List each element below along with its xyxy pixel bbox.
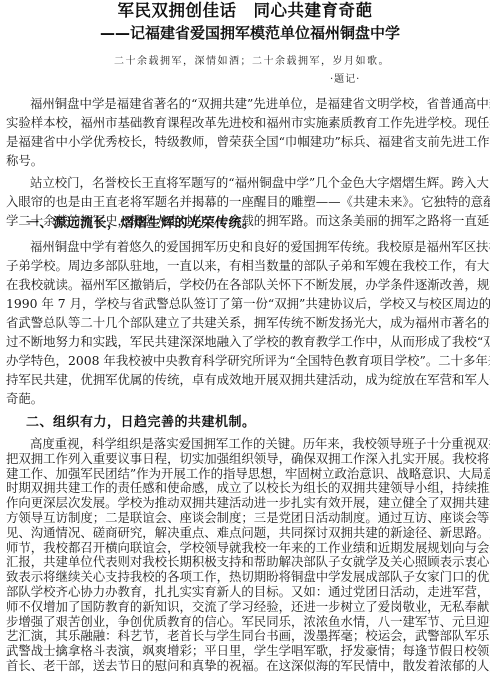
paragraph-4-line: 步增强了艰苦创业，争创优质教育的信心。军民同乐，浓浓鱼水情，八一建军节、元旦迎新… [6,614,486,630]
paragraph-4-line: 把双拥工作列入重要议事日程，切实加强组织领导，确保双拥工作深入扎实开展。我校将“… [6,451,486,467]
paragraph-4-line: 高度重视，科学组织是落实爱国拥军工作的关键。历年来，我校领导班子十分重视双拥工作… [30,436,486,452]
article-title: 军民双拥创佳话 同心共建育奇葩 [0,1,490,21]
paragraph-4-line: 师节，我校都召开横向联谊会，学校领导就我校一年来的工作业绩和近期发展规划向与会代… [6,540,486,556]
paragraph-4-line: 首长、老干部，送去节日的慰问和真挚的祝福。在这深似海的军民情中，散发着浓郁的人文… [6,658,486,674]
paragraph-4-line: 作向更深层次发展。学校为推动双拥共建活动进一步扎实有效开展，建立健全了双拥共建机… [6,495,486,511]
paragraph-3-line: 过不断地努力和实践，军民共建深深地融入了学校的教育教学工作中，从而形成了我校“双… [6,332,486,351]
paragraph-4-line: 见、沟通情况、磋商研究，解决重点、难点问题，共同探讨双拥共建的新途径、新思路。如… [6,525,486,541]
paragraph-2-line: 站立校门，名誉校长王直将军题写的“福州铜盘中学”几个金色大字熠熠生辉。跨入大门，… [30,173,486,192]
section-1-heading: 一、源远流长，熠熠生辉的光荣传统。 [26,214,256,233]
paragraph-3-line: 办学特色，2008 年我校被中央教育科学研究所评为“全国特色教育项目学校”。二十… [6,351,486,370]
paragraph-1-line: 是福建省中小学优秀校长，特级教师，曾荣获全国“巾帼建功”标兵、福建省支前先进工作… [6,132,486,151]
paragraph-4-line: 部队学校齐心协力办教育，扎扎实实育新人的目标。又如：通过党团日活动，走进军营，党… [6,584,486,600]
paragraph-4-line: 武警战士擒拿格斗表演，飒爽增彩；平日里，学生学唱军歌，抒发豪情；每逢节假日校领导… [6,643,486,659]
paragraph-4-line: 师不仅增加了国防教育的新知识，交流了学习经验，还进一步树立了爱岗敬业，无私奉献的… [6,599,486,615]
paragraph-1-line: 称号。 [6,151,43,170]
paragraph-4-line: 方领导互访制度；二是联谊会、座谈会制度；三是党团日活动制度。通过互访、座谈会等，… [6,510,486,526]
paragraph-3-line: 子弟学校。周边多部队驻地，一直以来，有相当数量的部队子弟和军嫂在我校工作，有大量… [6,256,486,275]
section-2-heading: 二、组织有力，日趋完善的共建机制。 [26,413,256,432]
paragraph-3-line: 持军民共建，优拥军优属的传统，卓有成效地开展双拥共建活动，成为绽放在军营和军人们… [6,370,486,389]
paragraph-4-line: 建工作、加强军民团结”作为开展工作的指导思想，牢固树立政治意识、战略意识、大局意… [6,466,486,482]
paragraph-1-line: 福州铜盘中学是福建省著名的“双拥共建”先进单位，是福建省文明学校，省普通高中新课… [30,94,486,113]
paragraph-3-line: 省武警总队等二十几个部队建立了共建关系，拥军传统不断发扬光大，成为福州市著名的拥… [6,313,486,332]
document-page: 军民双拥创佳话 同心共建育奇葩 ——记福建省爱国拥军模范单位福州铜盘中学 二十余… [0,0,490,675]
paragraph-3-line: 奇葩。 [6,389,43,408]
paragraph-1-line: 实验样本校，福州市基础教育课程改革先进校和福州市实施素质教育工作先进学校。现任校… [6,113,486,132]
epigraph: 二十余载拥军，深情如酒；二十余载拥军，岁月如歌。 [0,54,490,70]
paragraph-4-line: 时期双拥共建工作的责任感和使命感，成立了以校长为组长的双拥共建领导小组，持续推进… [6,480,486,496]
paragraph-4-line: 致表示将继续关心支持我校的各项工作，热切期盼将铜盘中学发展成部队子女家门口的优质… [6,569,486,585]
paragraph-4-line: 艺汇演，其乐融融：科艺节，老首长与学生同台书画，泼墨挥毫；校运会，武警部队军乐队… [6,628,486,644]
epigraph-signature: ·题记· [330,72,360,88]
paragraph-4-line: 汇报，共建单位代表则对我校长期积极支持和帮助解决部队子女就学及关心照顾表示衷心的… [6,554,486,570]
article-subtitle: ——记福建省爱国拥军模范单位福州铜盘中学 [0,23,490,43]
paragraph-3-line: 在我校就读。福州军区撤销后，学校仍在各部队关怀下不断发展，办学条件逐渐改善，规模… [6,275,486,294]
paragraph-2-line: 入眼帘的也是由王直老将军题名并揭幕的一座醒目的雕塑——《共建未来》。它独特的意蕴… [6,192,486,211]
paragraph-3-line: 1990 年 7 月，学校与省武警总队签订了第一份“双拥”共建协议后，学校又与校… [6,294,486,313]
paragraph-3-line: 福州铜盘中学有着悠久的爱国拥军历史和良好的爱国拥军传统。我校原是福州军区扶植创办… [30,237,486,256]
